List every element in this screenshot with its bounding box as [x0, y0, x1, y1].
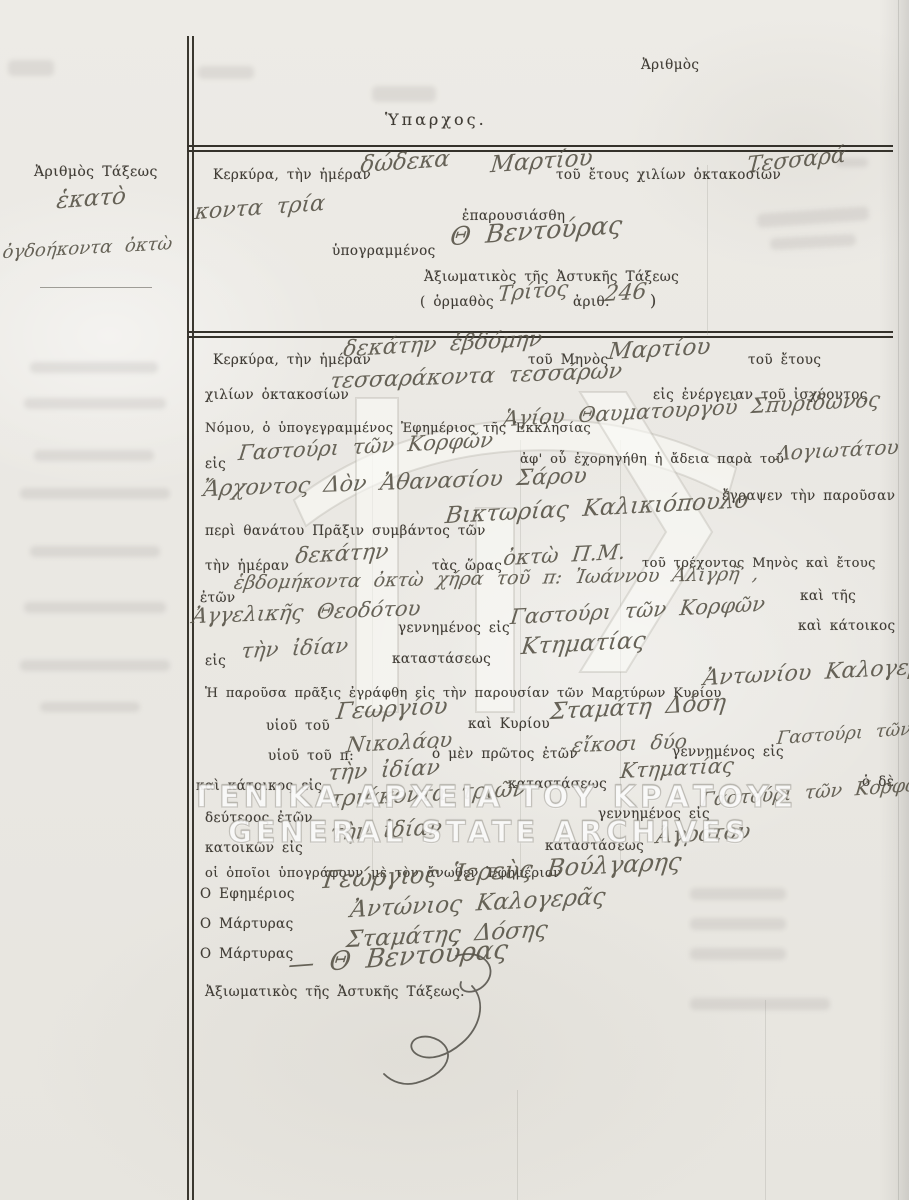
- bleedthrough-mark: [24, 602, 166, 613]
- number-label: Ἀριθμὸς: [641, 57, 699, 73]
- page-edge-line: [898, 0, 899, 1200]
- page-edge-shadow: [879, 0, 909, 1200]
- rec-resident-label: καὶ κάτοικος: [798, 618, 896, 634]
- section-title: Ὑπαρχος.: [385, 110, 487, 129]
- rec-resident2-label: καὶ κάτοικος εἰς: [196, 778, 322, 794]
- bleedthrough-mark: [690, 998, 830, 1010]
- rec-status2-hand: Κτηματίας: [619, 753, 735, 783]
- sig-witness1-label: Ο Μάρτυρας: [200, 916, 294, 932]
- bleedthrough-mark: [690, 888, 786, 900]
- rec-status3-hand: Ἀγρότου: [655, 819, 752, 849]
- rec-at: εἰς: [205, 456, 226, 472]
- sig-witness2-label: Ο Μάρτυρας: [200, 946, 294, 962]
- bleedthrough-mark: [690, 948, 786, 960]
- rec-born-label: γεννημένος εἰς: [398, 620, 510, 636]
- bleedthrough-mark: [690, 918, 786, 930]
- rec-licence-hand-2: Ἄρχοντος Δὸν Ἀθανασίου Σάρου: [201, 464, 588, 503]
- rec-same-hand: τὴν ἰδίαν: [240, 633, 350, 663]
- rec-born-hand: Γαστούρι τῶν Κορφῶν: [509, 592, 766, 630]
- bleedthrough-mark: [30, 546, 160, 557]
- rec-second-age-label: δεύτερος ἐτῶν: [205, 810, 313, 826]
- bleedthrough-mark: [198, 66, 254, 79]
- b1-place-date: Κερκύρα, τὴν ἡμέραν: [213, 167, 371, 183]
- margin-order-label: Ἀριθμὸς Τάξεως: [34, 164, 158, 180]
- bleedthrough-mark: [34, 450, 154, 461]
- bleedthrough-mark: [8, 60, 54, 76]
- rec-same3-hand: τὴν ἰδίαν: [329, 815, 443, 846]
- bleedthrough-mark: [30, 362, 158, 373]
- b1-day-hand: δώδεκα: [359, 146, 451, 178]
- sig-priest-hand: Γεώργιος Ἱερεὺς Βούλγαρης: [322, 847, 684, 894]
- scanned-death-record-page: Ἀριθμὸς Τάξεωςἑκατὸὀγδοήκοντα ὀκτὼἈριθμὸ…: [0, 0, 909, 1200]
- bleedthrough-mark: [372, 86, 436, 102]
- margin-order-hand-1: ἑκατὸ: [55, 183, 127, 214]
- b1-bundle-hand: Τρίτος: [497, 276, 569, 306]
- fold-line: [517, 1090, 518, 1200]
- rec-at2: εἰς: [205, 653, 226, 669]
- rec-year-print: χιλίων ὀκτακοσίων: [205, 387, 349, 403]
- rec-year-hand: τεσσαράκοντα τεσσάρων: [328, 359, 623, 394]
- margin-number-underline: [40, 287, 152, 288]
- bleedthrough-mark: [20, 488, 170, 499]
- b1-year-hand-2: κοντα τρία: [193, 191, 326, 225]
- sig-priest-label: Ο Εφημέριος: [200, 886, 295, 902]
- fold-line: [707, 165, 708, 335]
- rec-and-of: καὶ τῆς: [800, 588, 856, 604]
- b1-bundle-num-hand: 246: [603, 279, 648, 307]
- bleedthrough-mark: [20, 660, 170, 671]
- rec-first-age-label: ὁ μὲν πρῶτος ἐτῶν: [432, 746, 578, 762]
- rec-status-hand: Κτηματίας: [520, 627, 647, 660]
- margin-order-hand-2: ὀγδοήκοντα ὀκτὼ: [1, 233, 173, 263]
- rec-status-label: καταστάσεως: [392, 651, 491, 667]
- bleedthrough-mark: [24, 398, 166, 409]
- rec-year-label: τοῦ ἔτους: [748, 352, 821, 368]
- bleedthrough-mark: [40, 702, 140, 712]
- rec-deceased-hand: Βικτωρίας Καλικιόπουλο: [444, 487, 750, 529]
- rec-w1-father-hand: Γεωργίου: [335, 693, 449, 725]
- fold-line: [765, 1000, 766, 1200]
- b1-undersigned: ὑπογραμμένος: [332, 243, 436, 259]
- sig-officer-hand: — Θ Βεντούρας: [287, 935, 510, 981]
- b1-bundle-close: ): [650, 291, 657, 310]
- rec-and-mr: καὶ Κυρίου: [468, 716, 550, 732]
- rec-resident3-label: κατοικῶν εἰς: [205, 840, 303, 856]
- bleedthrough-mark: [770, 234, 857, 250]
- rec-death-day-hand: δεκάτην: [294, 539, 390, 569]
- b1-bundle-open: ( ὁρμαθὸς: [420, 294, 494, 310]
- rec-witness1-hand: Ἀντωνίου Καλογερᾶ: [702, 654, 909, 691]
- rec-born3-hand: Γαστούρι τῶν Κορφῶν: [700, 773, 909, 811]
- bleedthrough-mark: [757, 206, 870, 228]
- sig-officer-title: Ἀξιωματικὸς τῆς Ἀστυκῆς Τάξεως.: [205, 984, 465, 1000]
- rec-son-of-1: υἱοῦ τοῦ: [266, 718, 330, 734]
- rec-born3-label: γεννημένος εἰς: [598, 806, 710, 822]
